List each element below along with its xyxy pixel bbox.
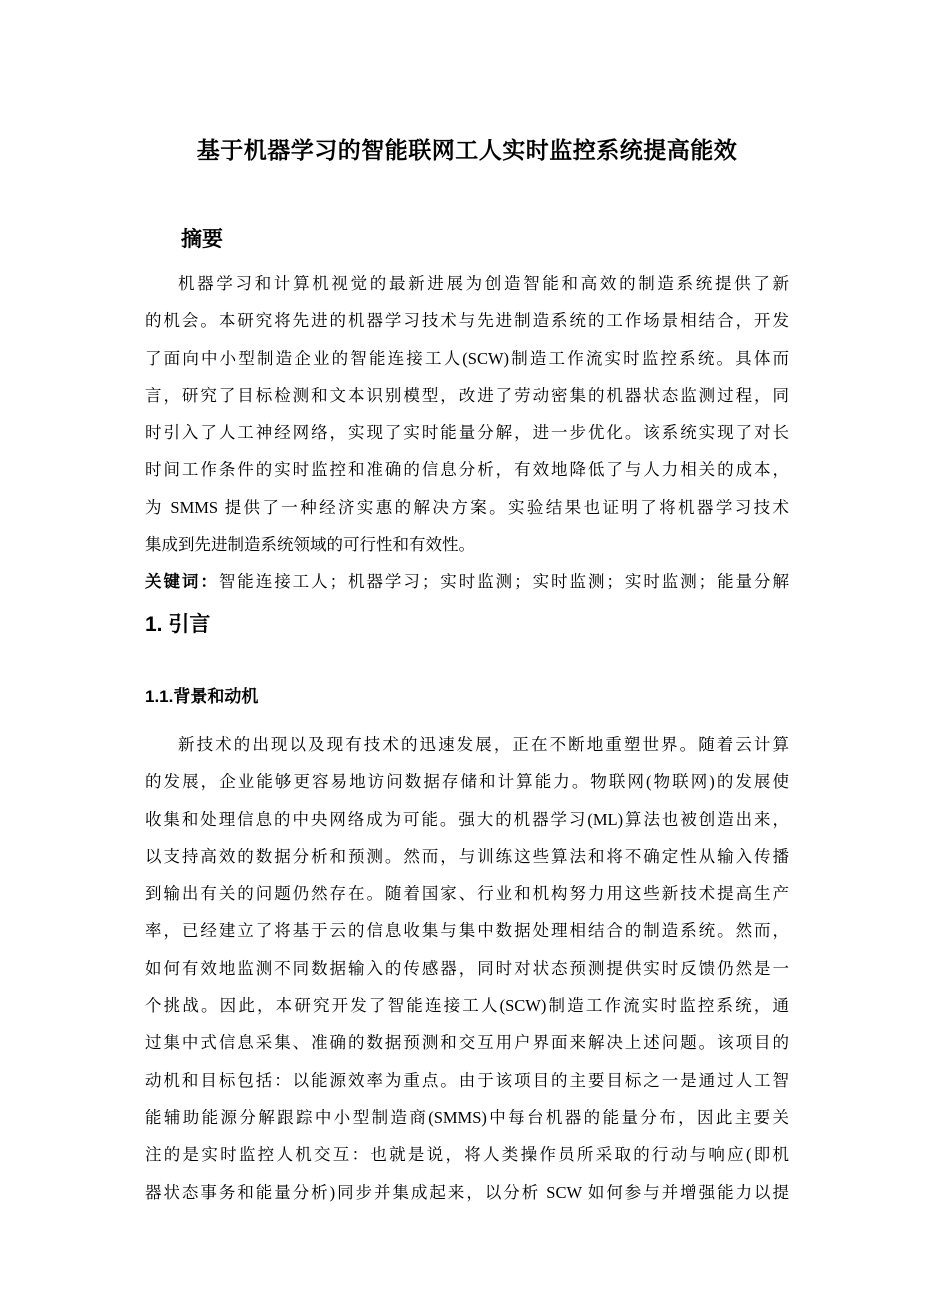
abstract-line: 集成到先进制造系统领域的可行性和有效性。 bbox=[145, 526, 789, 563]
abstract-heading: 摘要 bbox=[181, 227, 223, 253]
abstract-line: 了面向中小型制造企业的智能连接工人(SCW)制造工作流实时监控系统。具体而 bbox=[145, 340, 789, 377]
keywords-line: 关键词：智能连接工人；机器学习；实时监测；实时监测；实时监测；能量分解 bbox=[145, 563, 789, 600]
intro-line: 能辅助能源分解跟踪中小型制造商(SMMS)中每台机器的能量分布，因此主要关 bbox=[145, 1099, 789, 1136]
intro-line: 率，已经建立了将基于云的信息收集与集中数据处理相结合的制造系统。然而， bbox=[145, 912, 789, 949]
intro-line: 动机和目标包括：以能源效率为重点。由于该项目的主要目标之一是通过人工智 bbox=[145, 1062, 789, 1099]
intro-line: 到输出有关的问题仍然存在。随着国家、行业和机构努力用这些新技术提高生产 bbox=[145, 875, 789, 912]
intro-line: 以支持高效的数据分析和预测。然而，与训练这些算法和将不确定性从输入传播 bbox=[145, 838, 789, 875]
intro-line: 个挑战。因此，本研究开发了智能连接工人(SCW)制造工作流实时监控系统，通 bbox=[145, 987, 789, 1024]
abstract-line: 言，研究了目标检测和文本识别模型，改进了劳动密集的机器状态监测过程，同 bbox=[145, 377, 789, 414]
intro-line: 的发展，企业能够更容易地访问数据存储和计算能力。物联网(物联网)的发展使 bbox=[145, 763, 789, 800]
keywords-label: 关键词： bbox=[145, 573, 219, 591]
intro-line: 新技术的出现以及现有技术的迅速发展，正在不断地重塑世界。随着云计算 bbox=[145, 726, 789, 763]
intro-line: 收集和处理信息的中央网络成为可能。强大的机器学习(ML)算法也被创造出来， bbox=[145, 801, 789, 838]
intro-line: 器状态事务和能量分析)同步并集成起来，以分析 SCW 如何参与并增强能力以提 bbox=[145, 1174, 789, 1211]
abstract-line: 为 SMMS 提供了一种经济实惠的解决方案。实验结果也证明了将机器学习技术 bbox=[145, 489, 789, 526]
keywords-text: 智能连接工人；机器学习；实时监测；实时监测；实时监测；能量分解 bbox=[219, 572, 789, 591]
abstract-paragraph: 机器学习和计算机视觉的最新进展为创造智能和高效的制造系统提供了新 的机会。本研究… bbox=[145, 265, 789, 601]
intro-line: 如何有效地监测不同数据输入的传感器，同时对状态预测提供实时反馈仍然是一 bbox=[145, 950, 789, 987]
intro-line: 注的是实时监控人机交互：也就是说，将人类操作员所采取的行动与响应(即机 bbox=[145, 1136, 789, 1173]
introduction-paragraph: 新技术的出现以及现有技术的迅速发展，正在不断地重塑世界。随着云计算 的发展，企业… bbox=[145, 726, 789, 1211]
abstract-line: 机器学习和计算机视觉的最新进展为创造智能和高效的制造系统提供了新 bbox=[145, 265, 789, 302]
section-heading-introduction: 1. 引言 bbox=[145, 611, 210, 639]
abstract-line: 时间工作条件的实时监控和准确的信息分析，有效地降低了与人力相关的成本， bbox=[145, 451, 789, 488]
document-page: 基于机器学习的智能联网工人实时监控系统提高能效 摘要 机器学习和计算机视觉的最新… bbox=[0, 0, 926, 1309]
intro-line: 过集中式信息采集、准确的数据预测和交互用户界面来解决上述问题。该项目的 bbox=[145, 1024, 789, 1061]
abstract-line: 的机会。本研究将先进的机器学习技术与先进制造系统的工作场景相结合，开发 bbox=[145, 302, 789, 339]
paper-title: 基于机器学习的智能联网工人实时监控系统提高能效 bbox=[145, 134, 789, 166]
section-heading-background-motivation: 1.1.背景和动机 bbox=[145, 685, 258, 709]
abstract-line: 时引入了人工神经网络，实现了实时能量分解，进一步优化。该系统实现了对长 bbox=[145, 414, 789, 451]
